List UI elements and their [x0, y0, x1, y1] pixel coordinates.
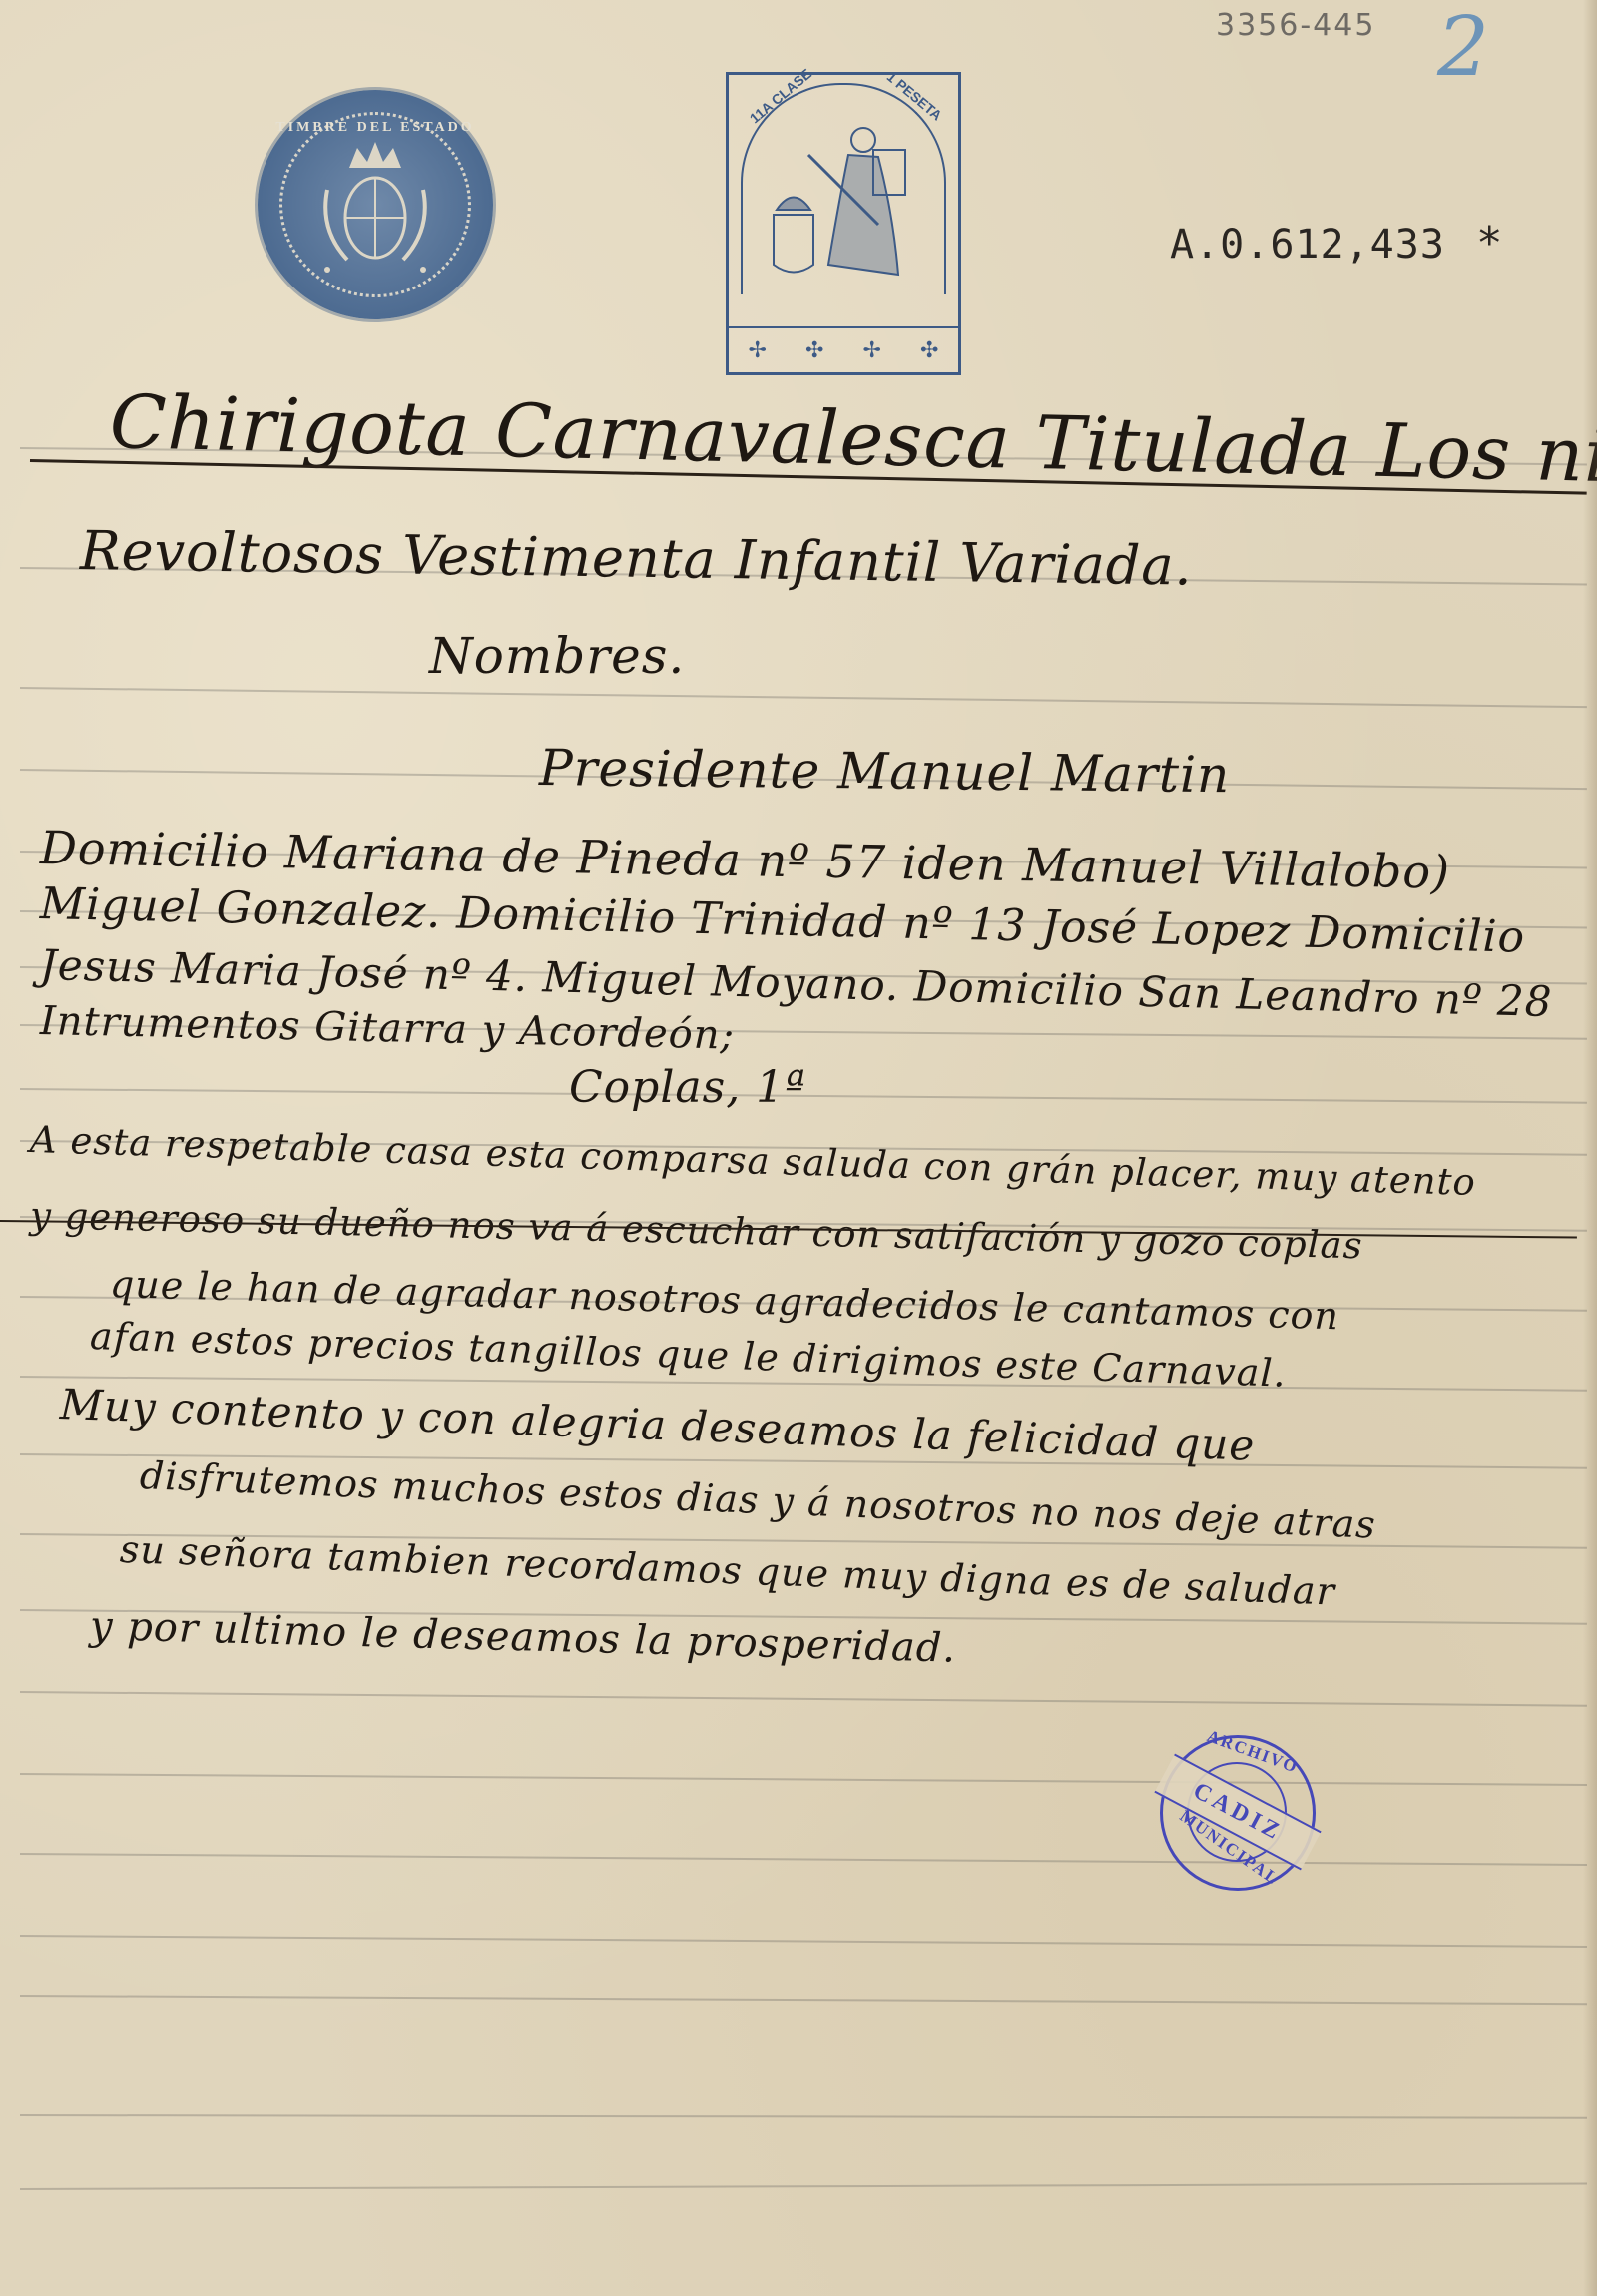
asterisk-icon: *: [1476, 218, 1504, 269]
archivo-municipal-cadiz-stamp: ARCHIVO CADIZ MUNICIPAL: [1160, 1735, 1316, 1891]
copla-line: A esta respetable casa esta comparsa sal…: [29, 1118, 1476, 1204]
ornament-star-icon: ✢: [863, 338, 881, 363]
pencil-reference-number: 3356-445: [1216, 8, 1375, 43]
seated-justice-figure-icon: [769, 115, 918, 294]
ornament-star-icon: ✢: [749, 338, 767, 363]
stamp-ornament-band: ✢ ✣ ✢ ✣: [729, 326, 958, 372]
crown-and-shield-icon: [258, 90, 493, 319]
page-edge-shadow: [1583, 0, 1597, 2296]
serial-number-text: A.0.612,433: [1170, 222, 1445, 268]
president-line: Presidente Manuel Martin: [539, 739, 1231, 804]
document-title: Chirigota Carnavalesca Titulada Los niño…: [109, 379, 1597, 502]
blue-pencil-folio-number: 2: [1437, 0, 1489, 95]
ornament-star-icon: ✣: [805, 338, 823, 363]
ruled-line: [20, 2183, 1587, 2190]
ruled-line: [20, 1853, 1587, 1866]
ornament-star-icon: ✣: [920, 338, 938, 363]
document-page: 3356-445 2 A.0.612,433 * TIMBRE DEL ESTA…: [0, 0, 1597, 2296]
state-seal: TIMBRE DEL ESTADO: [258, 90, 493, 319]
copla-line: y generoso su dueño nos va á escuchar co…: [30, 1194, 1364, 1267]
ruled-line: [20, 2114, 1587, 2119]
document-subtitle: Revoltosos Vestimenta Infantil Variada.: [80, 519, 1194, 598]
serial-number: A.0.612,433 *: [1170, 218, 1504, 269]
ruled-line: [20, 687, 1587, 708]
ruled-line: [20, 1691, 1587, 1707]
revenue-stamp: 11A CLASE 1 PESETA ✢ ✣ ✢ ✣: [726, 72, 961, 375]
coplas-label: Coplas, 1ª: [569, 1062, 806, 1113]
ruled-line: [20, 1995, 1587, 2005]
ruled-line: [20, 1935, 1587, 1948]
instruments-line: Intrumentos Gitarra y Acordeón;: [40, 998, 736, 1059]
ruled-line: [20, 1773, 1587, 1786]
names-section-label: Nombres.: [429, 627, 685, 685]
